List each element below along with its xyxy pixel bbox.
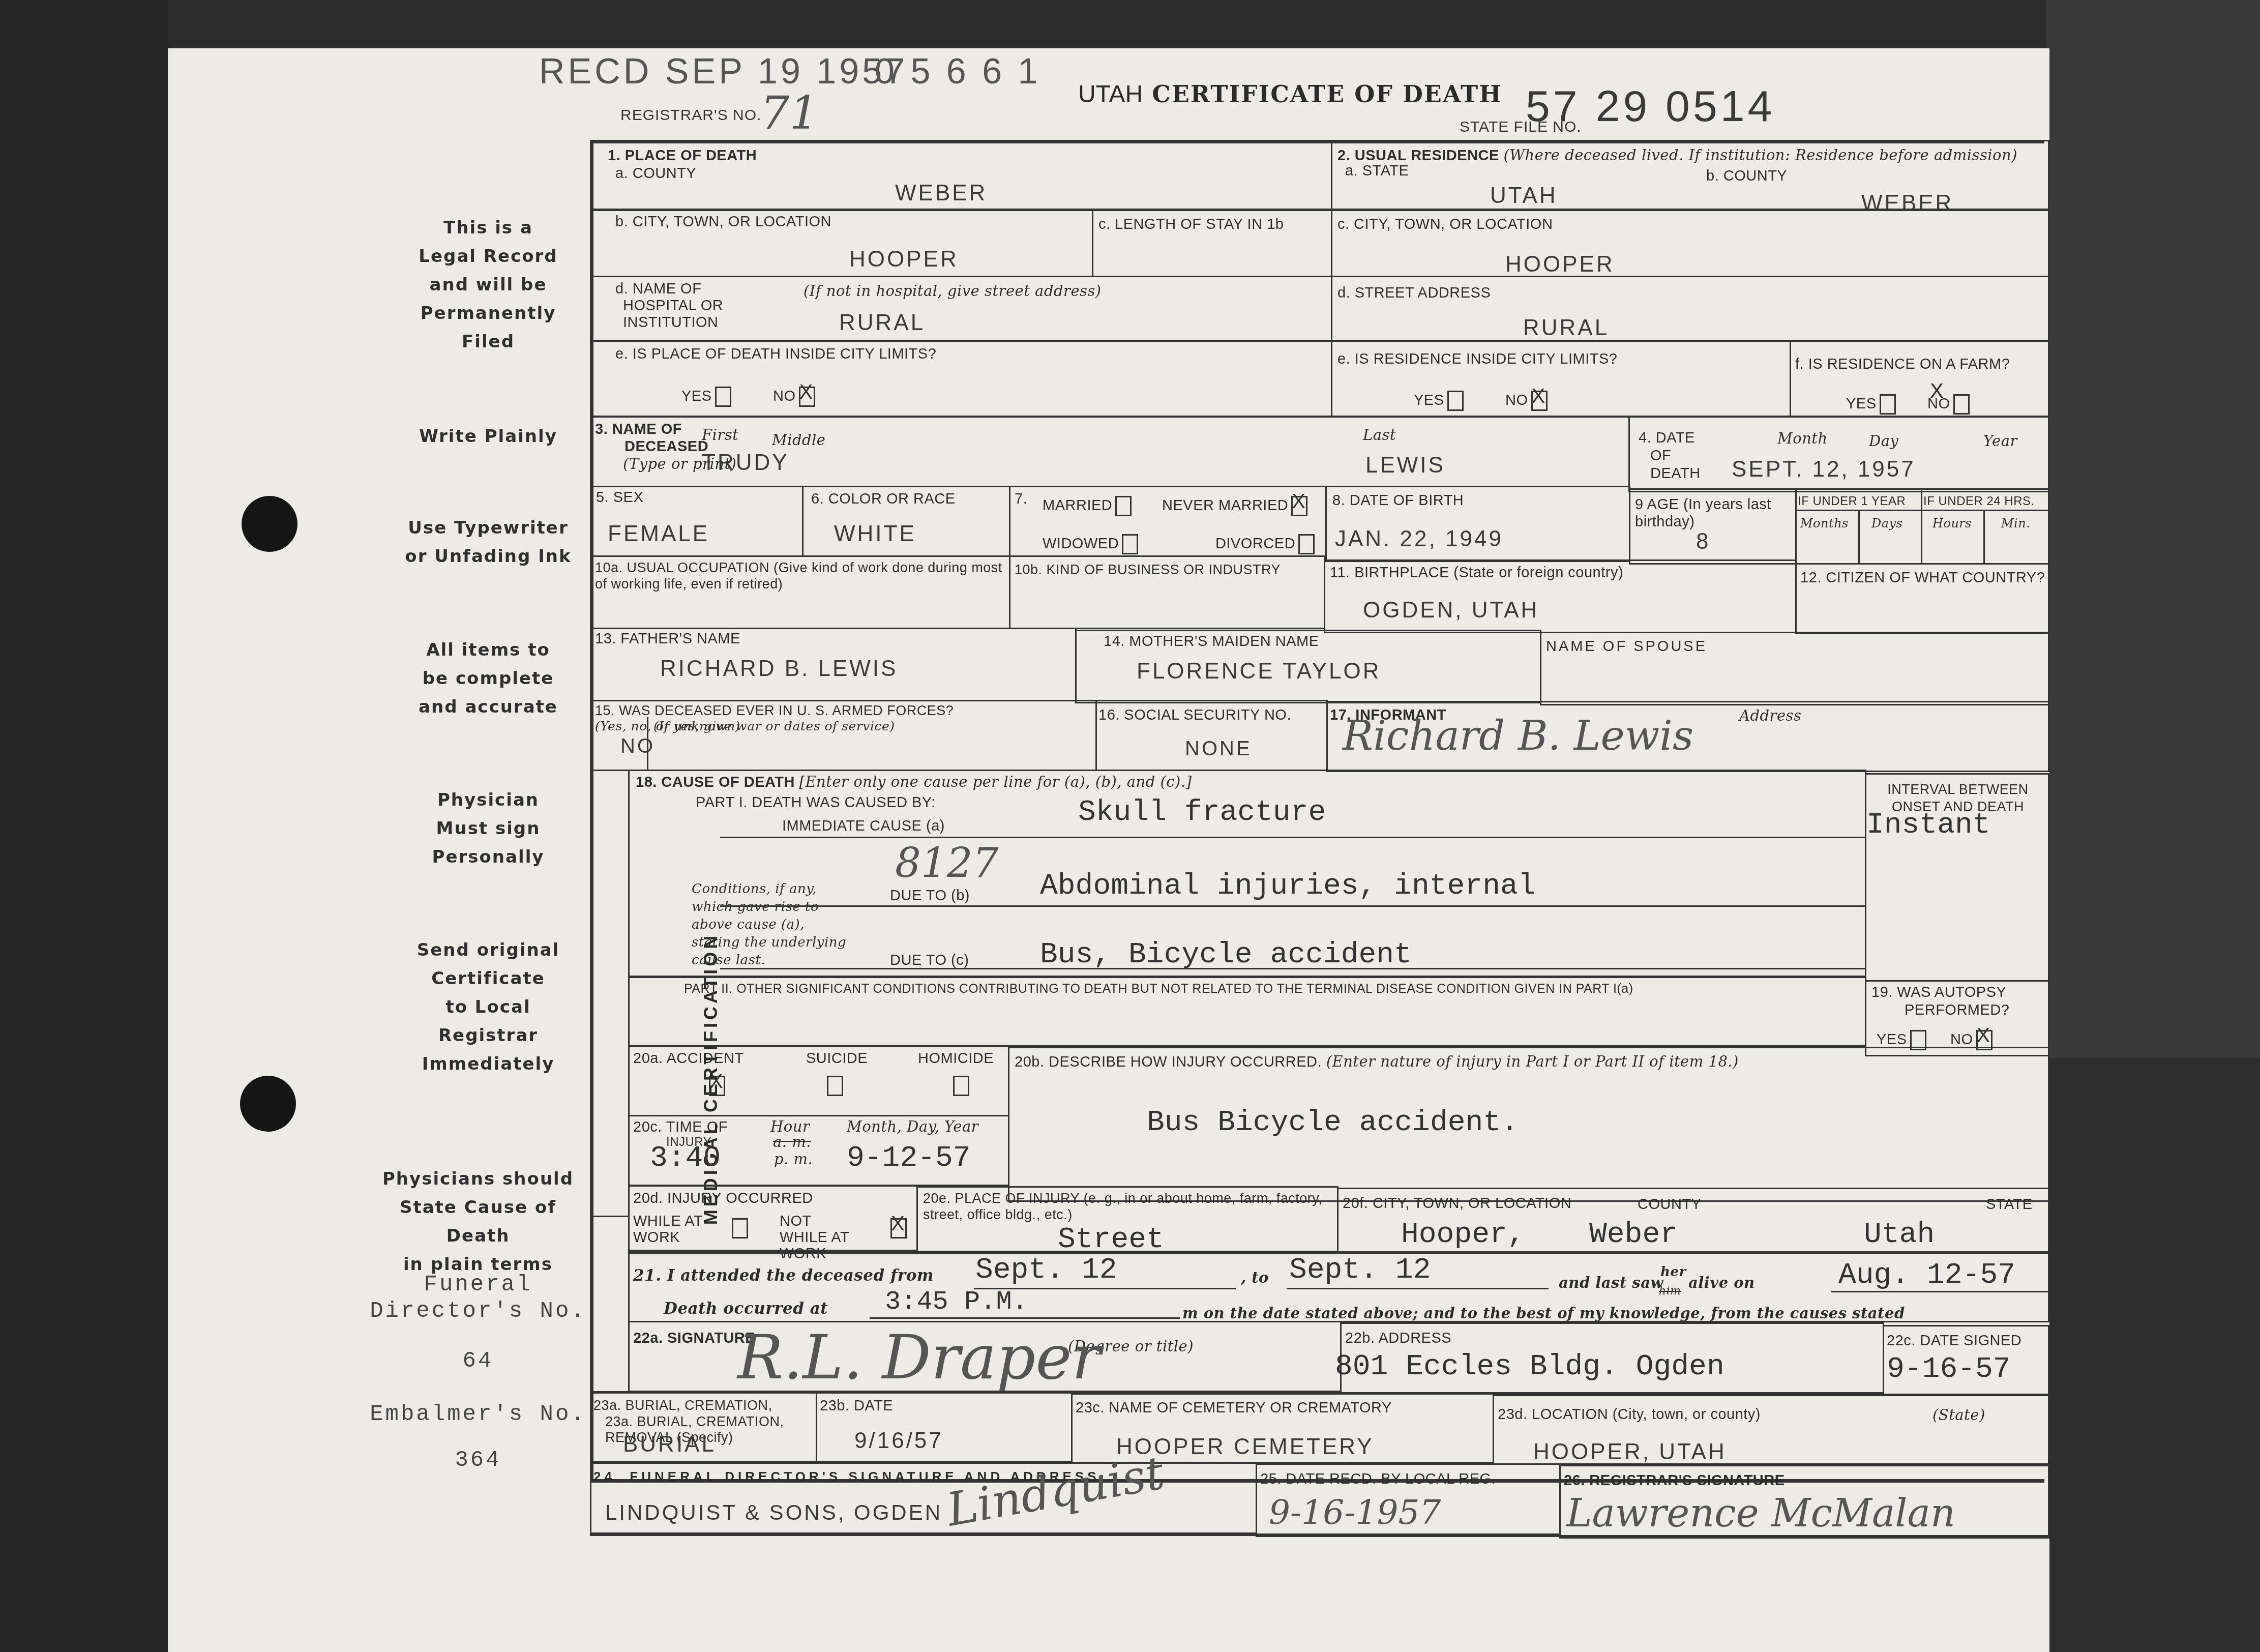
to-label: , to [1241,1269,1269,1286]
marital-num: 7. [1015,491,1027,508]
injury-state-label: STATE [1986,1196,2033,1213]
note-write-plainly: Write Plainly [397,422,580,451]
hospital-label-1: d. NAME OF [615,281,701,298]
punch-hole-icon [242,496,298,552]
hospital-value: RURAL [839,310,925,336]
death-time-value: 3:45 P.M. [885,1287,1028,1317]
funeral-director-value: LINDQUIST & SONS, OGDEN [605,1500,942,1525]
note-typewriter: Use Typewriter or Unfading Ink [386,514,590,571]
cause-code-note: 8127 [895,839,999,887]
physician-address-value: 801 Eccles Bldg. Ogden [1335,1350,1724,1383]
sex-label: 5. SEX [596,489,643,506]
father-label: 13. FATHER'S NAME [595,631,740,647]
describe-label: 20b. DESCRIBE HOW INJURY OCCURRED. (Ente… [1015,1053,1739,1071]
hospital-label-2: HOSPITAL OR [623,298,723,314]
note-physician-sign: Physician Must sign Personally [397,786,580,871]
injury-city-value: Hooper, [1401,1218,1525,1251]
injury-county-value: Weber [1589,1218,1678,1251]
checkbox-divorced[interactable] [1298,534,1315,554]
death-occurred-label: Death occurred at [664,1300,828,1318]
business-label: 10b. KIND OF BUSINESS OR INDUSTRY [1015,562,1281,578]
date-received-label: 25. DATE RECD. BY LOCAL REG. [1260,1471,1496,1488]
stamp-number: 0 5 6 6 1 [875,51,1040,92]
last-label: Last [1363,426,1396,444]
certification-statement: m on the date stated above; and to the b… [1182,1305,1905,1322]
checkbox-not-while-at-work-checked[interactable] [890,1218,907,1238]
certificate-title: UTAH CERTIFICATE OF DEATH [1078,80,1502,108]
due-to-b-value: Abdominal injuries, internal [1040,870,1536,903]
immediate-cause-value: Skull fracture [1078,796,1326,829]
funeral-director-no-label: Funeral Director's No. [366,1272,590,1324]
state-file-label: STATE FILE NO. [1460,119,1582,136]
checkbox-accident-checked[interactable] [709,1076,725,1096]
checkbox-no-checked[interactable] [1531,391,1548,411]
date-of-death-value: SEPT. 12, 1957 [1732,457,1916,482]
residence-farm-label: f. IS RESIDENCE ON A FARM? [1795,356,2010,373]
middle-label: Middle [772,431,826,449]
dob-label: 8. DATE OF BIRTH [1332,492,1464,509]
immediate-cause-label: IMMEDIATE CAUSE (a) [782,818,945,835]
embalmer-no: 364 [366,1447,590,1473]
interval-value: Instant [1866,809,1990,842]
residence-state-label: a. STATE [1345,163,1409,180]
burial-method-label-1: 23a. BURIAL, CREMATION, [593,1398,772,1413]
birthplace-value: OGDEN, UTAH [1363,598,1539,623]
registrar-no-value: 71 [760,86,819,140]
title-text: CERTIFICATE OF DEATH [1152,80,1502,108]
residence-farm-no: NOX [1927,394,1970,415]
first-label: First [702,426,738,444]
part2-label: PART II. OTHER SIGNIFICANT CONDITIONS CO… [684,982,1633,996]
mdy-label: Month, Day, Year [847,1118,978,1135]
last-seen-value: Aug. 12-57 [1838,1259,2015,1292]
injury-city-label: 20f. CITY, TOWN, OR LOCATION [1343,1195,1571,1212]
attended-to-value: Sept. 12 [1289,1254,1431,1287]
ssn-value: NONE [1185,737,1252,760]
injury-occurred-label: 20d. INJURY OCCURRED [633,1190,813,1207]
death-county-label: a. COUNTY [615,165,696,182]
place-of-injury-label: 20e. PLACE OF INJURY (e. g., in or about… [923,1190,1330,1223]
pronoun-him-struck: him [1659,1285,1681,1297]
checkbox-suicide[interactable] [827,1076,843,1096]
residence-inside-limits-no: NO [1505,391,1548,411]
month-label: Month [1777,430,1828,447]
residence-city-label: c. CITY, TOWN, OR LOCATION [1337,216,1553,233]
armed-forces-label: 15. WAS DECEASED EVER IN U. S. ARMED FOR… [595,703,954,719]
date-received-value: 9-16-1957 [1269,1493,1441,1532]
name-label-1: 3. NAME OF [595,421,682,438]
note-legal-record: This is a Legal Record and will be Perma… [397,214,580,356]
mother-value: FLORENCE TAYLOR [1137,659,1381,684]
never-married-option: NEVER MARRIED [1162,496,1307,516]
time-of-injury-value: 3:40 [650,1142,721,1175]
injury-state-value: Utah [1864,1218,1935,1251]
residence-county-label: b. COUNTY [1706,168,1787,185]
ssn-label: 16. SOCIAL SECURITY NO. [1098,707,1291,724]
title-state: UTAH [1078,81,1143,108]
residence-city-value: HOOPER [1505,252,1615,277]
date-signed-label: 22c. DATE SIGNED [1887,1333,2021,1349]
death-inside-limits-yes: YES [681,387,731,407]
injury-description-value: Bus Bicycle accident. [1147,1106,1519,1139]
checkbox-yes[interactable] [1447,391,1464,411]
burial-location-value: HOOPER, UTAH [1533,1439,1727,1465]
note-plain-terms: Physicians should State Cause of Death i… [366,1165,590,1279]
armed-forces-hint-2: (If yes, give war or dates of service) [653,719,895,733]
received-stamp: RECD SEP 19 1957 [539,51,908,92]
hour-label: Hour [770,1118,810,1135]
residence-inside-limits-yes: YES [1414,391,1464,411]
residence-street-label: d. STREET ADDRESS [1337,285,1491,302]
informant-address-label: Address [1739,707,1801,724]
time-label-1: 20c. TIME OF [633,1119,728,1136]
note-complete: All items to be complete and accurate [397,636,580,721]
armed-forces-value: NO [620,735,655,758]
due-to-c-value: Bus, Bicycle accident [1040,938,1412,971]
residence-street-value: RURAL [1523,315,1609,341]
married-option: MARRIED [1043,496,1132,516]
autopsy-label-2: PERFORMED? [1905,1002,2009,1019]
divorced-option: DIVORCED [1215,534,1315,554]
punch-hole-icon [240,1076,296,1132]
suicide-label: SUICIDE [806,1050,868,1067]
burial-location-label: 23d. LOCATION (City, town, or county) [1498,1406,1761,1423]
date-signed-value: 9-16-57 [1887,1353,2011,1386]
last-saw-label: and last saw [1559,1274,1663,1291]
last-name-value: LEWIS [1365,453,1445,478]
age-value: 8 [1696,529,1710,554]
death-inside-limits-no: NO [773,387,815,407]
due-to-c-label: DUE TO (c) [890,952,969,969]
dod-label-3: DEATH [1650,465,1701,482]
field-residence-farm [1790,340,2049,417]
checkbox-homicide[interactable] [953,1076,969,1096]
conditions-note: Conditions, if any, which gave rise to a… [692,881,846,968]
age-label: 9 AGE (In years last birthday) [1635,496,1788,530]
while-at-work-label: WHILE AT WORK [633,1213,709,1246]
embalmer-no-label: Embalmer's No. [366,1401,590,1428]
part1-label: PART I. DEATH WAS CAUSED BY: [696,794,936,811]
accident-label: 20a. ACCIDENT [633,1050,744,1067]
registrar-signature: Lawrence McMalan [1566,1490,1955,1536]
under-24-hrs-label: IF UNDER 24 HRS. [1923,494,2035,509]
sex-value: FEMALE [608,521,709,547]
checkbox-never-married-checked[interactable] [1291,496,1307,516]
checkbox-no[interactable] [1953,394,1970,415]
note-send-original: Send original Certificate to Local Regis… [397,936,580,1078]
scan-background-left [0,0,168,1652]
citizen-label: 12. CITIZEN OF WHAT COUNTRY? [1800,570,2045,586]
cause-label: 18. CAUSE OF DEATH [Enter only one cause… [636,773,1192,791]
scan-background-right-lower [2046,1058,2260,1652]
registrar-no-label: REGISTRAR'S NO. [620,107,761,124]
death-inside-limits-label: e. IS PLACE OF DEATH INSIDE CITY LIMITS? [615,346,936,363]
pm-label: p. m. [774,1150,813,1168]
physician-signature: R.L. Draper [737,1322,1101,1393]
checkbox-while-at-work[interactable] [732,1218,748,1238]
place-of-death-label: 1. PLACE OF DEATH [608,147,757,164]
name-label-2: DECEASED [625,438,708,455]
under-1-year-label: IF UNDER 1 YEAR [1798,494,1906,509]
medical-certification-label: MEDICAL CERTIFICATION [594,966,630,1190]
attended-label: 21. I attended the deceased from [633,1266,934,1285]
race-label: 6. COLOR OR RACE [811,491,956,508]
checkbox-no-checked[interactable] [799,387,815,407]
cemetery-label: 23c. NAME OF CEMETERY OR CREMATORY [1076,1400,1392,1417]
hospital-label-3: INSTITUTION [623,314,719,331]
race-value: WHITE [834,521,916,547]
pronoun-her: her [1660,1264,1686,1280]
physician-address-label: 22b. ADDRESS [1345,1330,1451,1347]
am-label: a. m. [773,1133,811,1150]
checkbox-married[interactable] [1115,496,1132,516]
residence-farm-yes: YES [1846,394,1896,415]
spouse-label: NAME OF SPOUSE [1546,638,1707,655]
length-of-stay-label: c. LENGTH OF STAY IN 1b [1098,216,1284,233]
hospital-hint: (If not in hospital, give street address… [804,282,1102,300]
checkbox-yes[interactable] [1880,394,1896,415]
injury-county-label: COUNTY [1638,1196,1701,1213]
date-of-injury-value: 9-12-57 [847,1142,971,1175]
due-to-b-label: DUE TO (b) [890,888,970,904]
autopsy-label-1: 19. WAS AUTOPSY [1871,984,2006,1001]
burial-date-label: 23b. DATE [820,1398,893,1414]
father-value: RICHARD B. LEWIS [660,656,898,682]
mother-label: 14. MOTHER'S MAIDEN NAME [1104,633,1319,650]
registrar-signature-label: 26. REGISTRAR'S SIGNATURE [1564,1472,1785,1489]
residence-label: 2. USUAL RESIDENCE (Where deceased lived… [1337,146,2017,164]
death-city-label: b. CITY, TOWN, OR LOCATION [615,214,831,230]
funeral-director-no: 64 [366,1348,590,1374]
residence-state-value: UTAH [1490,183,1558,209]
attended-from-value: Sept. 12 [975,1254,1117,1287]
day-label: Day [1869,432,1898,450]
burial-method-value: BURIAL [623,1432,716,1457]
dob-value: JAN. 22, 1949 [1335,526,1503,552]
burial-state-label: (State) [1932,1406,1985,1424]
informant-signature: Richard B. Lewis [1343,712,1693,759]
occupation-label: 10a. USUAL OCCUPATION (Give kind of work… [595,559,1007,592]
year-label: Year [1983,432,2017,450]
checkbox-widowed[interactable] [1122,534,1138,554]
checkbox-yes[interactable] [715,387,731,407]
widowed-option: WIDOWED [1043,534,1138,554]
burial-date-value: 9/16/57 [854,1428,943,1454]
birthplace-label: 11. BIRTHPLACE (State or foreign country… [1330,565,1623,581]
homicide-label: HOMICIDE [918,1050,994,1067]
residence-inside-limits-label: e. IS RESIDENCE INSIDE CITY LIMITS? [1337,351,1617,368]
death-city-value: HOOPER [849,247,959,272]
death-county-value: WEBER [895,181,987,206]
dod-label-1: 4. DATE [1639,430,1695,447]
first-name-value: TRUDY [702,450,789,476]
alive-on-label: alive on [1688,1274,1755,1291]
dod-label-2: OF [1650,448,1671,464]
